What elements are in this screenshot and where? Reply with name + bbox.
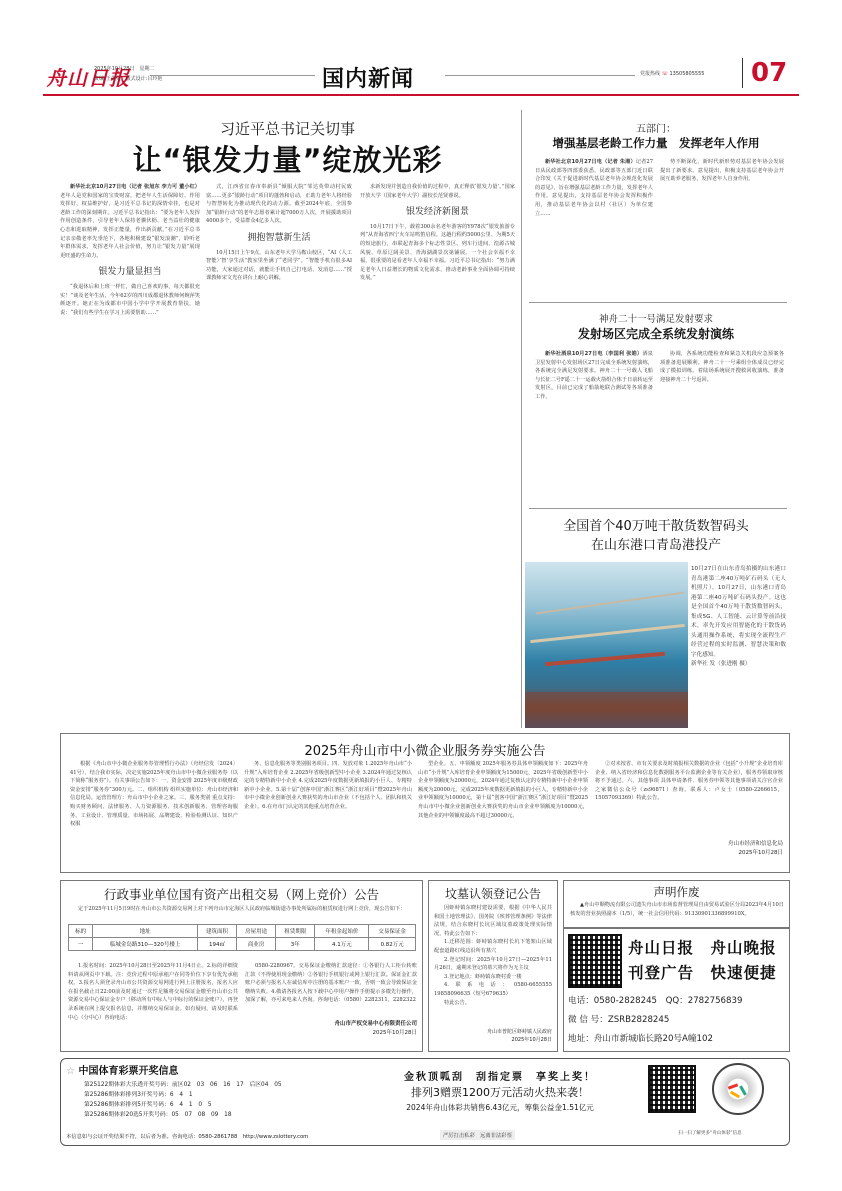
issue-date: 2025年10月28日 星期二	[94, 64, 162, 74]
lottery-result-line: 第25286期体彩20选5开奖号码：05 07 08 09 18	[84, 1110, 384, 1120]
lottery-results: 第25122期体彩大乐透开奖号码：前区02 03 06 16 17 后区04 0…	[84, 1080, 384, 1120]
lottery-result-line: 第25286期体彩排列5开奖号码：6 4 1 0 5	[84, 1100, 384, 1110]
sme-signature-date: 2025年10月28日	[595, 849, 783, 858]
lottery-promo-2: 排列3赠票1200万元活动火热来袭！	[350, 1084, 650, 1100]
cell-term: 3年	[276, 938, 315, 951]
subhead-silver-economy: 银发经济新图景	[360, 208, 515, 217]
hotline-number: 13505805555	[669, 71, 704, 77]
story2-dateline: 新华社北京10月27日电（记者 朱湘）	[545, 159, 636, 165]
subhead-silver-power: 银发力量显担当	[60, 268, 200, 277]
lead-text-2b: 10月15日上午9点，山东老年大学马鞍山校区，“AI（人工智能）’智’享生活”教…	[206, 249, 352, 283]
lottery-promo-3: 2024年舟山体彩共销售6.43亿元，筹集公益金1.51亿元	[350, 1102, 650, 1113]
lease-col2: 0580-2280967。交易保证金缴纳汇款途径：①各银行人工柜台转账汇款（不得…	[245, 962, 417, 1014]
star-icon: ☆	[66, 1066, 75, 1077]
lease-intro-text: 定于2025年11月5日9时在舟山市公共资源交易网上对下列舟山市定海区人民政府临…	[68, 905, 416, 914]
qr-code-icon	[568, 934, 622, 988]
story-divider-2	[529, 508, 787, 509]
lottery-title: 中国体育彩票开奖信息	[78, 1066, 178, 1077]
story3-text: 酒泉卫星发射中心发射场区27日完成全系统发射演练，各系统完全满足发射要求。神舟二…	[535, 351, 653, 400]
lottery-promo-1: 金秋顶呱刮 刮指定票 享奖上奖！	[350, 1068, 650, 1083]
lead-text: 老年人是党和国家的宝贵财富。把老年人生活保障好、作用发挥好、权益维护好，是习近平…	[60, 193, 200, 259]
story2-text-2: 势不断深化，新时代新形势对基层老年协会发展提出了新要求。意见提出，积极支持基层老…	[660, 158, 784, 184]
port-aerial-photo	[525, 562, 688, 728]
masthead-divider-left	[150, 75, 315, 76]
sme-text-1: 根据《舟山市中小微企业服务券管理暂行办法》（舟经信发〔2024〕41号），结合我…	[70, 760, 238, 829]
lease-signature-date: 2025年10月28日	[245, 1029, 417, 1038]
cell-deposit: 0.82万元	[369, 938, 416, 951]
story3-dateline: 新华社酒泉10月27日电（李国利 张皓）	[545, 351, 642, 357]
lease-text-1: 1.报名时间：2025年10月28日至2025年11月4日止。2.标的详细资料请…	[68, 962, 238, 1022]
sme-text-2: 务、信息化服务等类别服务项目。四、发放对象 1.2025年舟山市“小升规”入库培…	[244, 760, 412, 812]
lead-text-3: 求新发现并创造自我价值的过程中，真正释放‘银发力量’。”国家开放大学（国家老年大…	[360, 183, 515, 200]
page-number: 07	[742, 58, 787, 88]
lead-column-1: 新华社北京10月27日电（记者 张旭东 李力可 董小红）老年人是党和国家的宝贵财…	[60, 183, 200, 743]
void-notice-body: ▲舟山中顺物流有限公司遗失舟山市市场监督管理局自由贸易试验区分局2023年4月1…	[570, 901, 784, 927]
grave-notice-body: 因虾峙镇东晓村建设需要，根据《中华人民共和国土地管理法》、国务院《殡葬管理条例》…	[434, 904, 552, 1024]
sme-text-3: 型企业。五、申领额度 2025年服务券具体申领额度如下：2025年舟山市“小升规…	[418, 760, 588, 820]
th-lot: 标的	[69, 925, 93, 938]
lead-headline: 让“银发力量”绽放光彩	[60, 138, 515, 179]
story2-text: 记者27日从民政部等四部委获悉，民政部等五部门近日联合印发《关于促进新时代基层老…	[535, 159, 653, 217]
grave-signature-org: 舟山市普陀区虾峙镇人民政府	[434, 1028, 552, 1036]
lead-column-2: 式，江西省宜春市奉新县“倾服大院”邹达英带动村民致富……更多“银龄行动”项目的蓬…	[206, 183, 352, 743]
cell-start-rent: 4.1万元	[315, 938, 369, 951]
paper-ad-contact: 电话：0580-2828245 QQ：2782756839 微 信 号：ZSRB…	[568, 992, 790, 1049]
lease-text-2: 0580-2280967。交易保证金缴纳汇款途径：①各银行人工柜台转账汇款（不得…	[245, 962, 417, 1005]
sme-notice-col3: 型企业。五、申领额度 2025年服务券具体申领额度如下：2025年舟山市“小升规…	[418, 760, 588, 868]
lease-signature-org: 舟山市产权交易中心有限责任公司	[245, 1020, 417, 1029]
void-text: ▲舟山中顺物流有限公司遗失舟山市市场监督管理局自由贸易试验区分局2023年4月1…	[570, 901, 784, 918]
lottery-header: ☆ 中国体育彩票开奖信息	[66, 1062, 178, 1077]
lottery-result-line: 第25122期体彩大乐透开奖号码：前区02 03 06 16 17 后区04 0…	[84, 1080, 384, 1090]
masthead-divider-right	[445, 75, 635, 76]
lease-col1: 1.报名时间：2025年10月28日至2025年11月4日止。2.标的详细资料请…	[68, 962, 238, 1048]
grave-item: 4.联系电话：0580-6655555 19858096635（短号679635…	[434, 981, 552, 998]
lead-kicker: 习近平总书记关切事	[60, 118, 515, 139]
photo-credit: 新华社 发（张进刚 摄）	[691, 660, 786, 670]
grave-item: 2.登记时间：2025年10月27日—2025年11月26日，逾期未登记的墓穴将…	[434, 956, 552, 973]
ad-address: 地址：舟山市新城临长路20号A幢102	[568, 1030, 790, 1049]
story3-column-1: 新华社酒泉10月27日电（李国利 张皓）酒泉卫星发射中心发射场区27日完成全系统…	[535, 350, 653, 490]
th-term: 租赁期限	[276, 925, 315, 938]
th-start-rent: 年租金起始价	[315, 925, 369, 938]
sme-notice-col2: 务、信息化服务等类别服务项目。四、发放对象 1.2025年舟山市“小升规”入库培…	[244, 760, 412, 868]
void-notice-title: 声明作废	[563, 884, 790, 900]
story4-headline-line2: 在山东港口青岛港投产	[525, 536, 787, 555]
lease-intro: 定于2025年11月5日9时在舟山市公共资源交易网上对下列舟山市定海区人民政府临…	[68, 905, 416, 923]
table-row: 一 临城金岛路310—320号楼上 194㎡ 商业房 3年 4.1万元 0.82…	[69, 938, 416, 951]
cell-lot: 一	[69, 938, 93, 951]
grave-item: 3.登记地点：虾峙镇东晓村委一楼	[434, 973, 552, 982]
lead-dateline: 新华社北京10月27日电（记者 张旭东 李力可 董小红）	[70, 184, 200, 190]
sme-signature: 舟山市经济和信息化局 2025年10月28日	[595, 840, 783, 858]
th-usage: 房屋用途	[237, 925, 276, 938]
grave-item: 1.迁移范围：虾峙镇东晓村长坑下笔架山区域配套道路红线边沿所有墓穴	[434, 938, 552, 955]
table-header-row: 标的 地址 建筑面积 房屋用途 租赁期限 年租金起始价 交易保证金	[69, 925, 416, 938]
column-divider	[521, 110, 522, 728]
lease-signature: 舟山市产权交易中心有限责任公司 2025年10月28日	[245, 1020, 417, 1038]
grave-text: 因虾峙镇东晓村建设需要，根据《中华人民共和国土地管理法》、国务院《殡葬管理条例》…	[434, 904, 552, 938]
th-deposit: 交易保证金	[369, 925, 416, 938]
cell-address: 临城金岛路310—320号楼上	[93, 938, 198, 951]
hotline-label: 党报热线	[640, 71, 660, 77]
hotline: 党报热线 ☏ 13505805555	[640, 70, 704, 77]
paper-ad-slogan: 舟山日报 舟山晚报 刊登广告 快速便捷	[628, 936, 788, 986]
ad-phone: 电话：0580-2828245 QQ：2782756839	[568, 992, 790, 1011]
sme-text-4: ②对未按省、市有关要求及时填报相关数据的企业（包括“小升规”企业培育库企业、纳入…	[595, 760, 783, 803]
lead-column-3: 求新发现并创造自我价值的过程中，真正释放‘银发力量’。”国家开放大学（国家老年大…	[360, 183, 515, 743]
masthead-meta: 2025年10月28日 星期二 责编:王英英 版式设计:吕玲艳	[94, 64, 162, 84]
lease-table: 标的 地址 建筑面积 房屋用途 租赁期限 年租金起始价 交易保证金 一 临城金岛…	[68, 924, 416, 951]
story3-column-2: 协调，各系统功能检查和紧急关机段应急预案各项准备进展顺利。神舟二十一号乘组全体成…	[660, 350, 784, 490]
sme-notice-title: 2025年舟山市中小微企业服务券实施公告	[60, 740, 790, 759]
th-address: 地址	[93, 925, 198, 938]
cell-usage: 商业房	[237, 938, 276, 951]
grave-signature: 舟山市普陀区虾峙镇人民政府 2025年10月28日	[434, 1028, 552, 1044]
grave-signature-date: 2025年10月28日	[434, 1036, 552, 1044]
sme-notice-col1: 根据《舟山市中小微企业服务券管理暂行办法》（舟经信发〔2024〕41号），结合我…	[70, 760, 238, 868]
story4-headline-line1: 全国首个40万吨干散货数智码头	[525, 517, 787, 536]
masthead-red-rule	[43, 94, 799, 96]
ad-wechat: 微 信 号：ZSRB2828245	[568, 1011, 790, 1030]
cell-area: 194㎡	[197, 938, 236, 951]
sme-signature-org: 舟山市经济和信息化局	[595, 840, 783, 849]
lottery-warning: 严厉打击私彩 远离非法彩票	[440, 1130, 515, 1140]
lottery-footer[interactable]: 本信息如与公证开奖结果不符，以后者为准。咨询电话：0580-2861788 ht…	[66, 1132, 396, 1140]
story2-column-1: 新华社北京10月27日电（记者 朱湘）记者27日从民政部等四部委获悉，民政部等五…	[535, 158, 653, 298]
sme-notice-col4: ②对未按省、市有关要求及时填报相关数据的企业（包括“小升规”企业培育库企业、纳入…	[595, 760, 783, 836]
lottery-qr-code-icon	[648, 1065, 696, 1113]
story3-headline: 发射场区完成全系统发射演练	[525, 325, 787, 342]
story3-text-2: 协调，各系统功能检查和紧急关机段应急预案各项准备进展顺利。神舟二十一号乘组全体成…	[660, 350, 784, 384]
photo-caption: 10月27日在山东青岛拍摄的山东港口青岛港第二座40万吨矿石码头（无人机照片）。…	[691, 566, 786, 658]
grave-item: 特此公告。	[434, 999, 552, 1008]
ad-line-2: 刊登广告 快速便捷	[628, 961, 788, 986]
phone-icon: ☏	[662, 71, 668, 77]
lottery-result-line: 第25286期体彩排列3开奖号码：6 4 1	[84, 1090, 384, 1100]
story4-headline: 全国首个40万吨干散货数智码头 在山东港口青岛港投产	[525, 517, 787, 555]
th-area: 建筑面积	[197, 925, 236, 938]
grave-notice-title: 坟墓认领登记公告	[428, 885, 558, 902]
lead-text-2: 式，江西省宜春市奉新县“倾服大院”邹达英带动村民致富……更多“银龄行动”项目的蓬…	[206, 183, 352, 226]
lead-text-3b: 10月17日下午，载着300余名老年游客的Y978次“银发旅游专列”从青海省西宁…	[360, 223, 515, 283]
lottery-qr-caption: 扫一扫了解更多“舟山体彩”信息	[645, 1130, 775, 1136]
story2-headline: 增强基层老龄工作力量 发挥老年人作用	[525, 135, 787, 151]
subhead-smart-life: 拥抱智慧新生活	[206, 234, 352, 243]
story2-column-2: 势不断深化，新时代新形势对基层老年协会发展提出了新要求。意见提出，积极支持基层老…	[660, 158, 784, 298]
lead-text-1b: “我退休后和上班一样忙，做自己喜欢的事，每天都很充实！”谈及老年生活，今年62岁…	[60, 283, 200, 317]
story3-kicker: 神舟二十一号满足发射要求	[525, 311, 787, 325]
story2-kicker: 五部门：	[525, 120, 787, 135]
lease-notice-title: 行政事业单位国有资产出租交易（网上竞价）公告	[60, 885, 423, 903]
section-title: 国内新闻	[322, 62, 414, 93]
story-divider	[529, 302, 787, 303]
story4-caption: 10月27日在山东青岛拍摄的山东港口青岛港第二座40万吨矿石码头（无人机照片）。…	[691, 565, 786, 670]
ad-line-1: 舟山日报 舟山晚报	[628, 936, 788, 961]
lottery-mini-program-icon	[712, 1063, 764, 1115]
